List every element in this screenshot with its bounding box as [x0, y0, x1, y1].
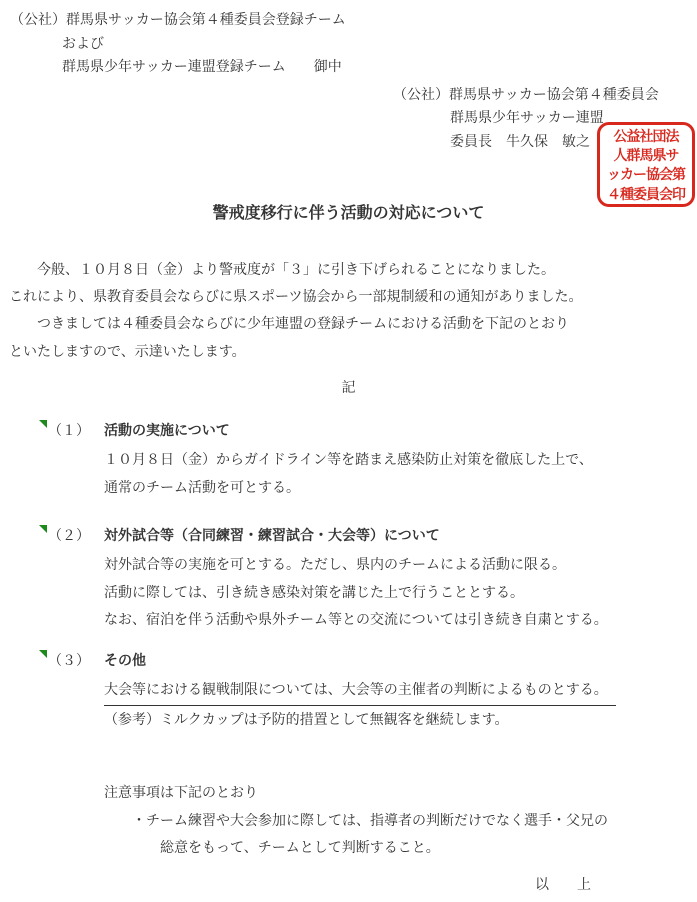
document-title: 警戒度移行に伴う活動の対応について	[0, 200, 697, 223]
addressee-line-1: （公社）群馬県サッカー協会第４種委員会登録チーム	[10, 8, 346, 32]
addressee-line-3: 群馬県少年サッカー連盟登録チーム 御中	[10, 55, 346, 79]
green-comment-marker-icon	[39, 650, 47, 658]
intro-line-2: これにより、県教育委員会ならびに県スポーツ協会から一部規制緩和の通知がありました…	[9, 283, 582, 310]
intro-paragraph: 今般、１０月８日（金）より警戒度が「３」に引き下げられることになりました。 これ…	[9, 256, 582, 365]
document-page: （公社）群馬県サッカー協会第４種委員会登録チーム および 群馬県少年サッカー連盟…	[0, 0, 697, 902]
section-body-line: なお、宿泊を伴う活動や県外チーム等との交流については引き続き自粛とする。	[104, 606, 608, 634]
underlined-policy-line: 大会等における観戦制限については、大会等の主催者の判断によるものとする。	[104, 676, 616, 706]
notes-intro: 注意事項は下記のとおり	[104, 779, 608, 807]
section-2: （２） 対外試合等（合同練習・練習試合・大会等）について 対外試合等の実施を可と…	[41, 525, 608, 634]
section-heading: 活動の実施について	[104, 420, 230, 440]
intro-line-3: つきましては４種委員会ならびに少年連盟の登録チームにおける活動を下記のとおり	[9, 310, 582, 337]
intro-line-1: 今般、１０月８日（金）より警戒度が「３」に引き下げられることになりました。	[9, 256, 582, 283]
section-3: （３） その他 大会等における観戦制限については、大会等の主催者の判断によるもの…	[41, 650, 616, 733]
section-number: （３）	[48, 650, 104, 670]
section-heading: その他	[104, 650, 146, 670]
seal-text-row: 公益社団法	[600, 127, 692, 146]
section-number: （１）	[48, 420, 104, 440]
section-body-line: 活動に際しては、引き続き感染対策を講じた上で行うこととする。	[104, 579, 608, 607]
official-seal-stamp-icon: 公益社団法 人群馬県サ ッカー協会第 ４種委員会印	[597, 122, 695, 207]
notes-block: 注意事項は下記のとおり ・チーム練習や大会参加に際しては、指導者の判断だけでなく…	[104, 779, 608, 862]
seal-text-row: 人群馬県サ	[600, 146, 692, 165]
section-number: （２）	[48, 525, 104, 545]
addressee-line-2: および	[10, 32, 346, 56]
seal-text-row: ッカー協会第	[600, 165, 692, 184]
reference-note-line: （参考）ミルクカップは予防的措置として無観客を継続します。	[104, 706, 616, 734]
green-comment-marker-icon	[39, 420, 47, 428]
section-body-line: 対外試合等の実施を可とする。ただし、県内のチームによる活動に限る。	[104, 551, 608, 579]
notes-bullet-continuation: 総意をもって、チームとして判断すること。	[104, 834, 608, 862]
intro-line-4: といたしますので、示達いたします。	[9, 338, 582, 365]
green-comment-marker-icon	[39, 525, 47, 533]
notes-bullet: ・チーム練習や大会参加に際しては、指導者の判断だけでなく選手・父兄の	[104, 807, 608, 835]
ki-separator: 記	[0, 377, 697, 397]
addressee-block: （公社）群馬県サッカー協会第４種委員会登録チーム および 群馬県少年サッカー連盟…	[10, 8, 346, 79]
section-heading: 対外試合等（合同練習・練習試合・大会等）について	[104, 525, 440, 545]
section-1: （１） 活動の実施について １０月８日（金）からガイドライン等を踏まえ感染防止対…	[41, 420, 593, 501]
closing-phrase: 以 上	[535, 874, 591, 894]
section-body-line: １０月８日（金）からガイドライン等を踏まえ感染防止対策を徹底した上で、	[104, 446, 593, 474]
sender-org-line-1: （公社）群馬県サッカー協会第４種委員会	[393, 83, 659, 106]
section-body-line: 通常のチーム活動を可とする。	[104, 474, 593, 502]
